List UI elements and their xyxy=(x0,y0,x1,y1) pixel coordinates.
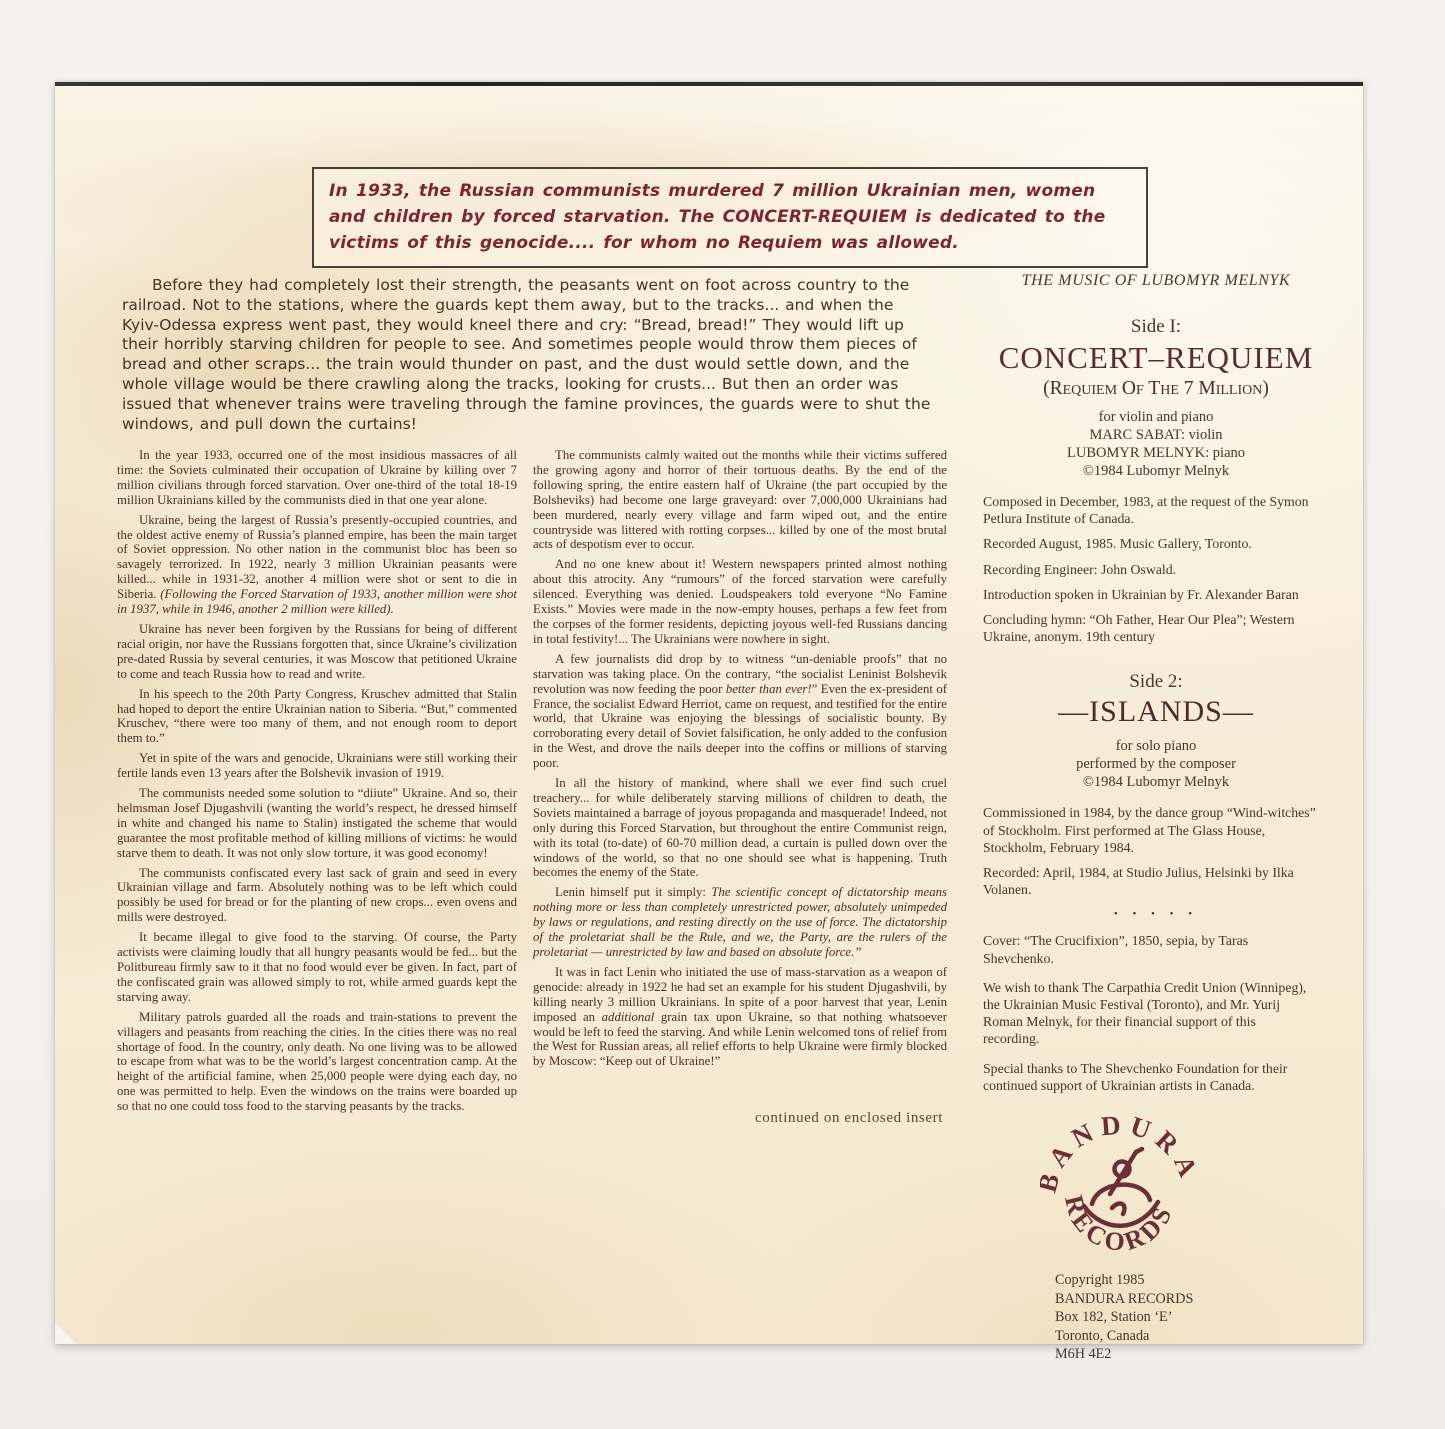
dots-separator: • • • • • xyxy=(955,908,1357,920)
side1-note: Concluding hymn: “Oh Father, Hear Our Pl… xyxy=(983,611,1328,645)
copyright-line: BANDURA RECORDS xyxy=(1055,1290,1357,1309)
side1-notes: Composed in December, 1983, at the reque… xyxy=(955,493,1328,645)
body-paragraph: In all the history of mankind, where sha… xyxy=(533,776,947,880)
side2-note: Commissioned in 1984, by the dance group… xyxy=(983,804,1328,856)
album-back-cover: In 1933, the Russian communists murdered… xyxy=(55,82,1363,1344)
side2-performance-lines: for solo pianoperformed by the composer©… xyxy=(955,737,1357,791)
body-paragraph: Ukraine, being the largest of Russia’s p… xyxy=(117,513,517,617)
copyright-block: Copyright 1985BANDURA RECORDSBox 182, St… xyxy=(955,1271,1357,1364)
side1-performance-line: LUBOMYR MELNYK: piano xyxy=(955,444,1357,462)
middle-column-paragraphs: The communists calmly waited out the mon… xyxy=(533,448,947,1069)
side1-note: Introduction spoken in Ukrainian by Fr. … xyxy=(983,586,1328,603)
body-paragraph: The communists needed some solution to “… xyxy=(117,786,517,861)
side1-performance-lines: for violin and pianoMARC SABAT: violinLU… xyxy=(955,408,1357,480)
side2-note: Recorded: April, 1984, at Studio Julius,… xyxy=(983,864,1328,898)
worn-corner xyxy=(55,1322,77,1344)
body-paragraph: The communists calmly waited out the mon… xyxy=(533,448,947,552)
body-paragraph: Ukraine has never been forgiven by the R… xyxy=(117,622,517,682)
side1-note: Recorded August, 1985. Music Gallery, To… xyxy=(983,535,1328,552)
bandura-player-icon xyxy=(1084,1149,1158,1226)
introduction-text: Before they had completely lost their st… xyxy=(122,276,934,434)
body-paragraph: And no one knew about it! Western newspa… xyxy=(533,557,947,646)
side2-title: —ISLANDS— xyxy=(955,695,1357,729)
column-header: THE MUSIC OF LUBOMYR MELNYK xyxy=(955,272,1357,290)
copyright-line: Toronto, Canada xyxy=(1055,1327,1357,1346)
side1-note: Recording Engineer: John Oswald. xyxy=(983,561,1328,578)
credit-note: Cover: “The Crucifixion”, 1850, sepia, b… xyxy=(983,932,1313,966)
dedication-box: In 1933, the Russian communists murdered… xyxy=(312,167,1148,268)
side1-performance-line: ©1984 Lubomyr Melnyk xyxy=(955,462,1357,480)
body-paragraph: Lenin himself put it simply: The scienti… xyxy=(533,885,947,960)
body-paragraph: In the year 1933, occurred one of the mo… xyxy=(117,448,517,508)
side1-performance-line: MARC SABAT: violin xyxy=(955,426,1357,444)
side1-title: CONCERT–REQUIEM xyxy=(955,340,1357,376)
side2-performance-line: for solo piano xyxy=(955,737,1357,755)
body-paragraph: Yet in spite of the wars and genocide, U… xyxy=(117,751,517,781)
body-paragraph: In his speech to the 20th Party Congress… xyxy=(117,687,517,747)
copyright-line: M6H 4E2 xyxy=(1055,1345,1357,1364)
liner-notes-column-middle: The communists calmly waited out the mon… xyxy=(533,448,947,1126)
introduction-quote: Before they had completely lost their st… xyxy=(122,276,934,434)
music-credits-column: THE MUSIC OF LUBOMYR MELNYK Side I: CONC… xyxy=(955,272,1357,1364)
body-paragraph: It was in fact Lenin who initiated the u… xyxy=(533,965,947,1069)
credit-note: Special thanks to The Shevchenko Foundat… xyxy=(983,1060,1313,1094)
continued-note: continued on enclosed insert xyxy=(533,1111,947,1126)
body-paragraph: Military patrols guarded all the roads a… xyxy=(117,1010,517,1114)
side2-label: Side 2: xyxy=(955,671,1357,693)
credit-note: We wish to thank The Carpathia Credit Un… xyxy=(983,979,1313,1048)
side1-note: Composed in December, 1983, at the reque… xyxy=(983,493,1328,527)
dedication-text: In 1933, the Russian communists murdered… xyxy=(329,178,1131,256)
copyright-line: Copyright 1985 xyxy=(1055,1271,1357,1290)
credit-notes: Cover: “The Crucifixion”, 1850, sepia, b… xyxy=(955,932,1313,1094)
bandura-records-logo: BANDURA RECORDS xyxy=(1040,1112,1200,1264)
side2-performance-line: ©1984 Lubomyr Melnyk xyxy=(955,773,1357,791)
side1-subtitle: (Requiem Of The 7 Million) xyxy=(955,378,1357,400)
sleeve-top-edge xyxy=(55,82,1363,86)
side1-performance-line: for violin and piano xyxy=(955,408,1357,426)
body-paragraph: It became illegal to give food to the st… xyxy=(117,930,517,1005)
liner-notes-column-left: In the year 1933, occurred one of the mo… xyxy=(117,448,517,1119)
copyright-line: Box 182, Station ‘E’ xyxy=(1055,1308,1357,1327)
body-paragraph: The communists confiscated every last sa… xyxy=(117,866,517,926)
side2-notes: Commissioned in 1984, by the dance group… xyxy=(955,804,1328,898)
scan-background: { "notice": { "text": "In 1933, the Russ… xyxy=(0,0,1445,1429)
side1-label: Side I: xyxy=(955,316,1357,338)
body-paragraph: A few journalists did drop by to witness… xyxy=(533,652,947,771)
side2-performance-line: performed by the composer xyxy=(955,755,1357,773)
